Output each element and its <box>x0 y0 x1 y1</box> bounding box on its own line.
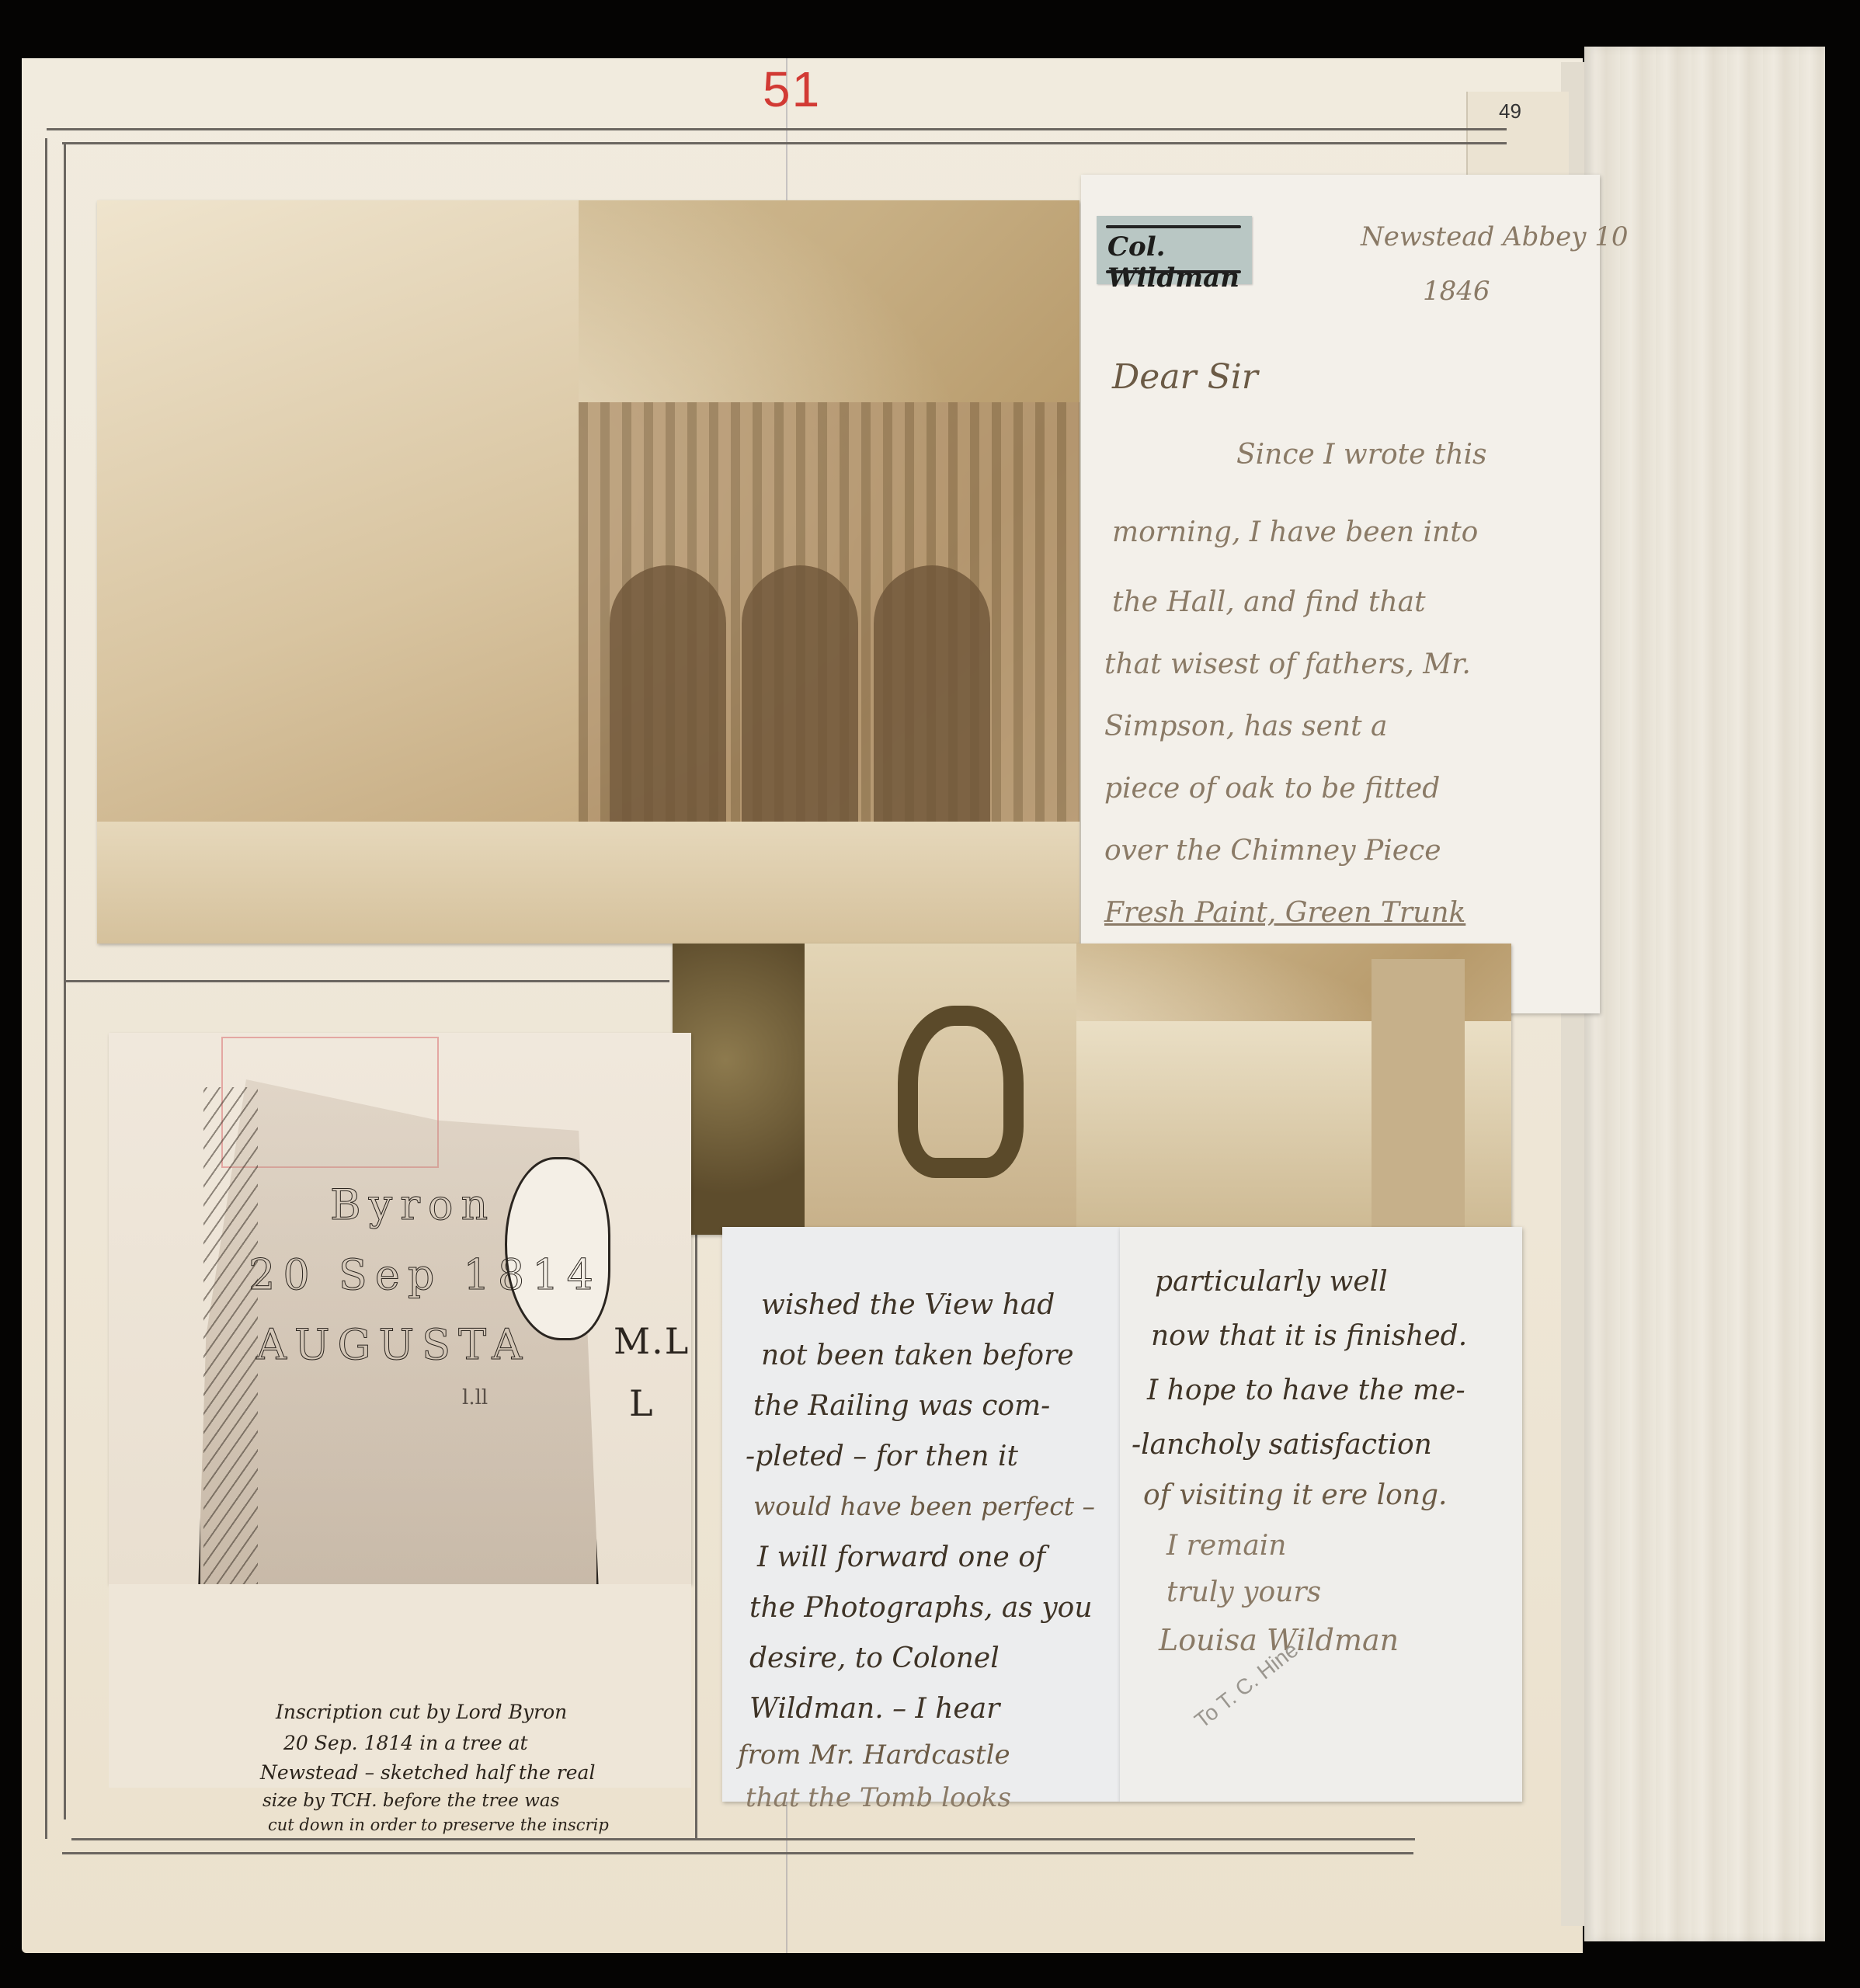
letter-page-2-right: particularly well now that it is finishe… <box>1120 1227 1522 1802</box>
bark-hatching <box>203 1087 258 1584</box>
letter-closing: truly yours <box>1166 1576 1321 1608</box>
photo-abbey-exterior <box>673 944 1511 1235</box>
letter-dateline: Newstead Abbey 10 <box>1361 221 1629 252</box>
hall-floor <box>97 822 1079 944</box>
previous-page-number: 49 <box>1499 99 1521 123</box>
border-line-top-inner <box>62 142 1507 144</box>
border-line-center-v <box>695 1235 697 1840</box>
border-line-top-outer <box>47 128 1507 130</box>
hall-door-arch <box>610 565 726 822</box>
letter-line: morning, I have been into <box>1112 516 1478 548</box>
label-top-bar <box>1106 225 1241 228</box>
letter-line: the Hall, and find that <box>1112 586 1426 618</box>
caption-line: Inscription cut by Lord Byron <box>276 1701 567 1723</box>
carved-small-mark: l.ll <box>462 1386 488 1409</box>
letter-line: particularly well <box>1155 1266 1388 1298</box>
border-line-middle <box>64 980 669 982</box>
name-label-tag: Col. Wildman <box>1097 216 1252 284</box>
letter-line: Wildman. – I hear <box>749 1693 1000 1725</box>
carved-initials: M.L <box>614 1320 690 1362</box>
letter-line: Fresh Paint, Green Trunk <box>1104 897 1465 929</box>
letter-line: wished the View had <box>761 1289 1055 1321</box>
caption-line: size by TCH. before the tree was <box>262 1791 559 1811</box>
letter-line: now that it is finished. <box>1151 1320 1467 1352</box>
letter-year: 1846 <box>1423 276 1490 307</box>
abbey-tower <box>1372 959 1465 1235</box>
letter-line: piece of oak to be fitted <box>1104 773 1440 805</box>
letter-page-1: Newstead Abbey 10 1846 Dear Sir Since I … <box>1081 175 1600 1013</box>
photo-great-hall <box>97 200 1079 944</box>
letter-line: that wisest of fathers, Mr. <box>1104 648 1471 680</box>
letter-line: over the Chimney Piece <box>1104 835 1441 867</box>
bark-scar <box>505 1157 610 1340</box>
abbey-ivy-window <box>898 1006 1024 1178</box>
letter-line: of visiting it ere long. <box>1143 1479 1447 1511</box>
letter-line: would have been perfect – <box>753 1491 1095 1521</box>
carved-name: Byron <box>330 1180 495 1229</box>
letter-line: the Photographs, as you <box>749 1592 1093 1624</box>
sketch-caption-paper <box>109 1584 691 1788</box>
abbey-tree <box>673 944 805 1235</box>
letter-page-2-left: wished the View had not been taken befor… <box>722 1227 1120 1802</box>
letter-line: the Railing was com- <box>753 1390 1050 1422</box>
letter-line: I hope to have the me- <box>1147 1375 1465 1406</box>
letter-line: -pleted – for then it <box>746 1441 1018 1472</box>
hall-door-arch <box>874 565 990 822</box>
letter-line: I will forward one of <box>757 1541 1045 1573</box>
label-text: Col. Wildman <box>1107 231 1252 294</box>
carved-initial: L <box>629 1382 661 1424</box>
letter-line: desire, to Colonel <box>749 1642 1000 1674</box>
carved-date: 20 Sep 1814 <box>249 1250 601 1299</box>
letter-closing: I remain <box>1166 1530 1286 1562</box>
caption-line: Newstead – sketched half the real <box>260 1761 595 1784</box>
label-bottom-bar <box>1106 270 1241 273</box>
border-line-left-outer <box>45 138 47 1839</box>
letter-line: Since I wrote this <box>1236 439 1487 471</box>
letter-line: -lancholy satisfaction <box>1132 1429 1432 1461</box>
carved-augusta: AUGUSTA <box>256 1320 530 1369</box>
letter-salutation: Dear Sir <box>1112 357 1258 397</box>
border-line-bottom-outer <box>62 1852 1413 1854</box>
letter-line: from Mr. Hardcastle <box>738 1739 1010 1771</box>
caption-line: cut down in order to preserve the inscri… <box>268 1816 609 1834</box>
border-line-bottom-inner <box>71 1838 1415 1840</box>
caption-line: 20 Sep. 1814 in a tree at <box>283 1732 528 1754</box>
page-number: 51 <box>763 61 821 118</box>
letter-line: that the Tomb looks <box>746 1782 1011 1813</box>
binding-tissue-strip <box>1584 47 1825 1941</box>
hall-door-arch <box>742 565 858 822</box>
letter-line: not been taken before <box>761 1340 1074 1371</box>
letter-line: Simpson, has sent a <box>1104 711 1387 742</box>
